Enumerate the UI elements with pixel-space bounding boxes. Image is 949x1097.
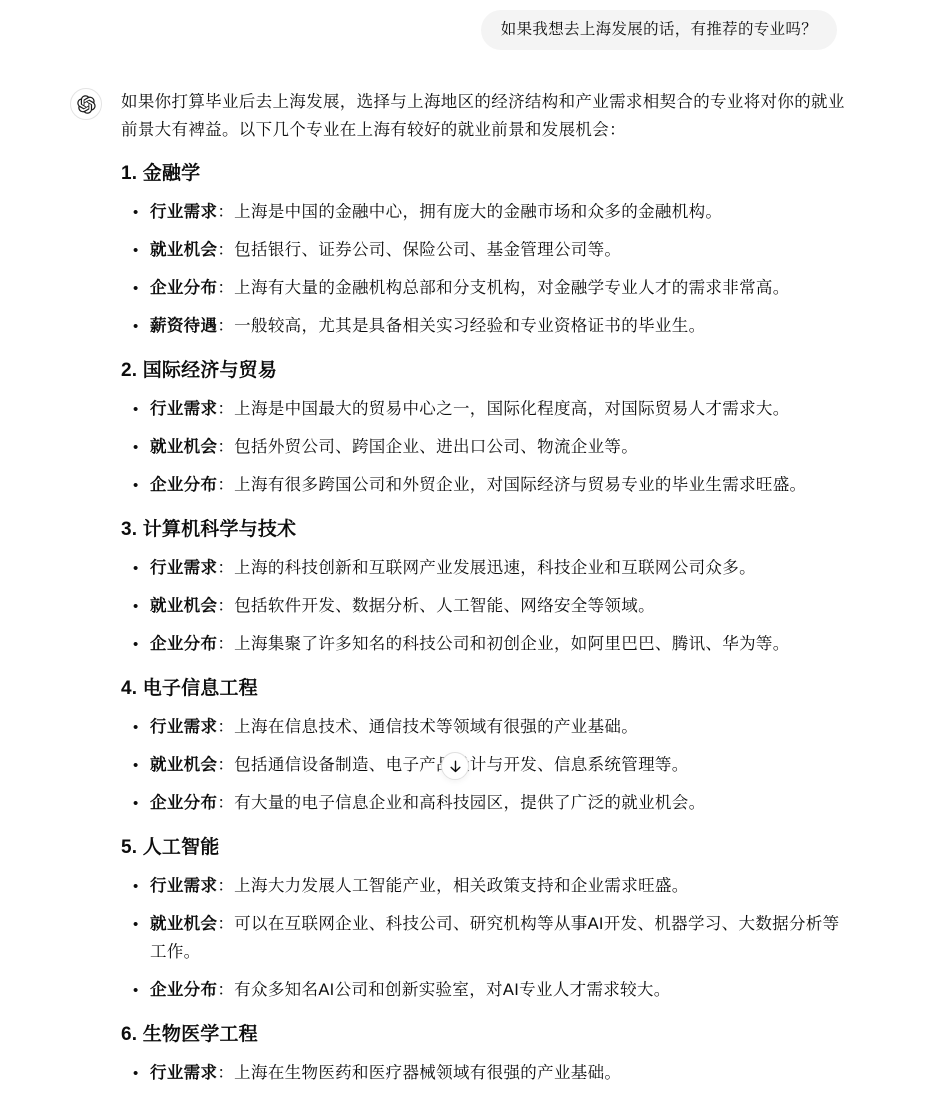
bullet-label: 行业需求: [150, 203, 217, 221]
bullet-item: •企业分布：有众多知名AI公司和创新实验室，对AI专业人才需求较大。: [150, 976, 853, 1014]
bullet-label: 就业机会: [150, 756, 217, 774]
bullet-text: 有大量的电子信息企业和高科技园区，提供了广泛的就业机会。: [234, 794, 705, 812]
bullet-colon: ：: [217, 559, 234, 577]
bullet-dot: •: [133, 555, 139, 583]
bullet-text: 包括银行、证券公司、保险公司、基金管理公司等。: [234, 241, 621, 259]
bullet-dot: •: [133, 199, 139, 227]
bullet-colon: ：: [217, 597, 234, 615]
bullet-text: 上海的科技创新和互联网产业发展迅速，科技企业和互联网公司众多。: [234, 559, 756, 577]
bullet-label: 企业分布: [150, 279, 217, 297]
section-heading: 2. 国际经济与贸易: [121, 350, 853, 395]
scroll-to-bottom-button[interactable]: [441, 752, 469, 780]
section-bullets: •行业需求：上海在信息技术、通信技术等领域有很强的产业基础。 •就业机会：包括通…: [121, 713, 853, 827]
bullet-colon: ：: [217, 718, 234, 736]
bullet-label: 就业机会: [150, 597, 217, 615]
bullet-item: •就业机会：包括外贸公司、跨国企业、进出口公司、物流企业等。: [150, 433, 853, 471]
bullet-colon: ：: [217, 794, 234, 812]
bullet-colon: ：: [217, 915, 234, 933]
major-section: 6. 生物医学工程 •行业需求：上海在生物医药和医疗器械领域有很强的产业基础。: [121, 1014, 853, 1097]
bullet-label: 企业分布: [150, 476, 217, 494]
bullet-item: •就业机会：包括软件开发、数据分析、人工智能、网络安全等领域。: [150, 592, 853, 630]
section-bullets: •行业需求：上海大力发展人工智能产业，相关政策支持和企业需求旺盛。 •就业机会：…: [121, 872, 853, 1014]
bullet-colon: ：: [217, 1064, 234, 1082]
bullet-text: 上海在信息技术、通信技术等领域有很强的产业基础。: [234, 718, 638, 736]
section-heading: 1. 金融学: [121, 153, 853, 198]
bullet-text: 上海有大量的金融机构总部和分支机构，对金融学专业人才的需求非常高。: [234, 279, 789, 297]
bullet-label: 企业分布: [150, 981, 217, 999]
assistant-intro-paragraph: 如果你打算毕业后去上海发展，选择与上海地区的经济结构和产业需求相契合的专业将对你…: [121, 88, 853, 153]
bullet-label: 行业需求: [150, 877, 217, 895]
bullet-colon: ：: [217, 756, 234, 774]
section-heading: 5. 人工智能: [121, 827, 853, 872]
assistant-message-row: 如果你打算毕业后去上海发展，选择与上海地区的经济结构和产业需求相契合的专业将对你…: [0, 88, 949, 1097]
user-message-bubble: 如果我想去上海发展的话，有推荐的专业吗？: [481, 10, 837, 50]
bullet-text: 上海大力发展人工智能产业，相关政策支持和企业需求旺盛。: [234, 877, 688, 895]
section-heading: 3. 计算机科学与技术: [121, 509, 853, 554]
bullet-item: •企业分布：有大量的电子信息企业和高科技园区，提供了广泛的就业机会。: [150, 789, 853, 827]
major-section: 1. 金融学 •行业需求：上海是中国的金融中心，拥有庞大的金融市场和众多的金融机…: [121, 153, 853, 350]
bullet-text: 上海在生物医药和医疗器械领域有很强的产业基础。: [234, 1064, 621, 1082]
bullet-colon: ：: [217, 877, 234, 895]
bullet-item: •行业需求：上海是中国的金融中心，拥有庞大的金融市场和众多的金融机构。: [150, 198, 853, 236]
bullet-dot: •: [133, 790, 139, 818]
bullet-dot: •: [133, 472, 139, 500]
bullet-dot: •: [133, 434, 139, 462]
bullet-dot: •: [133, 275, 139, 303]
major-section: 4. 电子信息工程 •行业需求：上海在信息技术、通信技术等领域有很强的产业基础。…: [121, 668, 853, 827]
bullet-dot: •: [133, 396, 139, 424]
bullet-dot: •: [133, 237, 139, 265]
openai-logo-icon: [77, 95, 96, 114]
assistant-sections: 1. 金融学 •行业需求：上海是中国的金融中心，拥有庞大的金融市场和众多的金融机…: [121, 153, 853, 1097]
bullet-colon: ：: [217, 317, 234, 335]
bullet-colon: ：: [217, 635, 234, 653]
bullet-item: •行业需求：上海是中国最大的贸易中心之一，国际化程度高，对国际贸易人才需求大。: [150, 395, 853, 433]
user-message-text: 如果我想去上海发展的话，有推荐的专业吗？: [501, 21, 817, 38]
bullet-text: 上海集聚了许多知名的科技公司和初创企业，如阿里巴巴、腾讯、华为等。: [234, 635, 789, 653]
bullet-colon: ：: [217, 203, 234, 221]
bullet-colon: ：: [217, 981, 234, 999]
bullet-label: 薪资待遇: [150, 317, 217, 335]
bullet-colon: ：: [217, 279, 234, 297]
bullet-label: 行业需求: [150, 400, 217, 418]
bullet-item: •企业分布：上海有很多跨国公司和外贸企业，对国际经济与贸易专业的毕业生需求旺盛。: [150, 471, 853, 509]
bullet-text: 上海有很多跨国公司和外贸企业，对国际经济与贸易专业的毕业生需求旺盛。: [234, 476, 806, 494]
bullet-text: 上海是中国的金融中心，拥有庞大的金融市场和众多的金融机构。: [234, 203, 722, 221]
bullet-label: 就业机会: [150, 438, 217, 456]
bullet-dot: •: [133, 977, 139, 1005]
bullet-item: •企业分布：上海有大量的金融机构总部和分支机构，对金融学专业人才的需求非常高。: [150, 274, 853, 312]
bullet-label: 企业分布: [150, 794, 217, 812]
section-heading: 6. 生物医学工程: [121, 1014, 853, 1059]
section-heading: 4. 电子信息工程: [121, 668, 853, 713]
bullet-text: 一般较高，尤其是具备相关实习经验和专业资格证书的毕业生。: [234, 317, 705, 335]
bullet-dot: •: [133, 1060, 139, 1088]
bullet-item: •行业需求：上海在信息技术、通信技术等领域有很强的产业基础。: [150, 713, 853, 751]
assistant-avatar: [70, 88, 102, 120]
major-section: 2. 国际经济与贸易 •行业需求：上海是中国最大的贸易中心之一，国际化程度高，对…: [121, 350, 853, 509]
bullet-label: 就业机会: [150, 241, 217, 259]
bullet-item: •企业分布：上海集聚了许多知名的科技公司和初创企业，如阿里巴巴、腾讯、华为等。: [150, 630, 853, 668]
bullet-dot: •: [133, 714, 139, 742]
bullet-colon: ：: [217, 400, 234, 418]
bullet-item: •就业机会：包括银行、证券公司、保险公司、基金管理公司等。: [150, 236, 853, 274]
bullet-dot: •: [133, 313, 139, 341]
bullet-item: •就业机会：可以在互联网企业、科技公司、研究机构等从事AI开发、机器学习、大数据…: [150, 910, 853, 976]
bullet-dot: •: [133, 873, 139, 901]
bullet-dot: •: [133, 631, 139, 659]
bullet-colon: ：: [217, 476, 234, 494]
bullet-label: 行业需求: [150, 1064, 217, 1082]
bullet-item: •行业需求：上海大力发展人工智能产业，相关政策支持和企业需求旺盛。: [150, 872, 853, 910]
bullet-label: 行业需求: [150, 718, 217, 736]
bullet-item: •薪资待遇：一般较高，尤其是具备相关实习经验和专业资格证书的毕业生。: [150, 312, 853, 350]
bullet-text: 有众多知名AI公司和创新实验室，对AI专业人才需求较大。: [234, 981, 670, 999]
bullet-dot: •: [133, 911, 139, 939]
bullet-label: 企业分布: [150, 635, 217, 653]
bullet-text: 包括软件开发、数据分析、人工智能、网络安全等领域。: [234, 597, 655, 615]
bullet-colon: ：: [217, 241, 234, 259]
section-bullets: •行业需求：上海是中国的金融中心，拥有庞大的金融市场和众多的金融机构。 •就业机…: [121, 198, 853, 350]
major-section: 3. 计算机科学与技术 •行业需求：上海的科技创新和互联网产业发展迅速，科技企业…: [121, 509, 853, 668]
major-section: 5. 人工智能 •行业需求：上海大力发展人工智能产业，相关政策支持和企业需求旺盛…: [121, 827, 853, 1014]
assistant-message-content: 如果你打算毕业后去上海发展，选择与上海地区的经济结构和产业需求相契合的专业将对你…: [121, 88, 853, 1097]
section-bullets: •行业需求：上海是中国最大的贸易中心之一，国际化程度高，对国际贸易人才需求大。 …: [121, 395, 853, 509]
arrow-down-icon: [448, 759, 463, 774]
bullet-label: 就业机会: [150, 915, 217, 933]
section-bullets: •行业需求：上海在生物医药和医疗器械领域有很强的产业基础。: [121, 1059, 853, 1097]
bullet-colon: ：: [217, 438, 234, 456]
bullet-text: 上海是中国最大的贸易中心之一，国际化程度高，对国际贸易人才需求大。: [234, 400, 789, 418]
bullet-label: 行业需求: [150, 559, 217, 577]
user-message-row: 如果我想去上海发展的话，有推荐的专业吗？: [0, 0, 949, 50]
bullet-text: 可以在互联网企业、科技公司、研究机构等从事AI开发、机器学习、大数据分析等工作。: [150, 915, 839, 961]
bullet-item: •行业需求：上海的科技创新和互联网产业发展迅速，科技企业和互联网公司众多。: [150, 554, 853, 592]
bullet-dot: •: [133, 593, 139, 621]
section-bullets: •行业需求：上海的科技创新和互联网产业发展迅速，科技企业和互联网公司众多。 •就…: [121, 554, 853, 668]
bullet-item: •就业机会：包括通信设备制造、电子产品设计与开发、信息系统管理等。: [150, 751, 853, 789]
bullet-dot: •: [133, 752, 139, 780]
bullet-item: •行业需求：上海在生物医药和医疗器械领域有很强的产业基础。: [150, 1059, 853, 1097]
bullet-text: 包括外贸公司、跨国企业、进出口公司、物流企业等。: [234, 438, 638, 456]
